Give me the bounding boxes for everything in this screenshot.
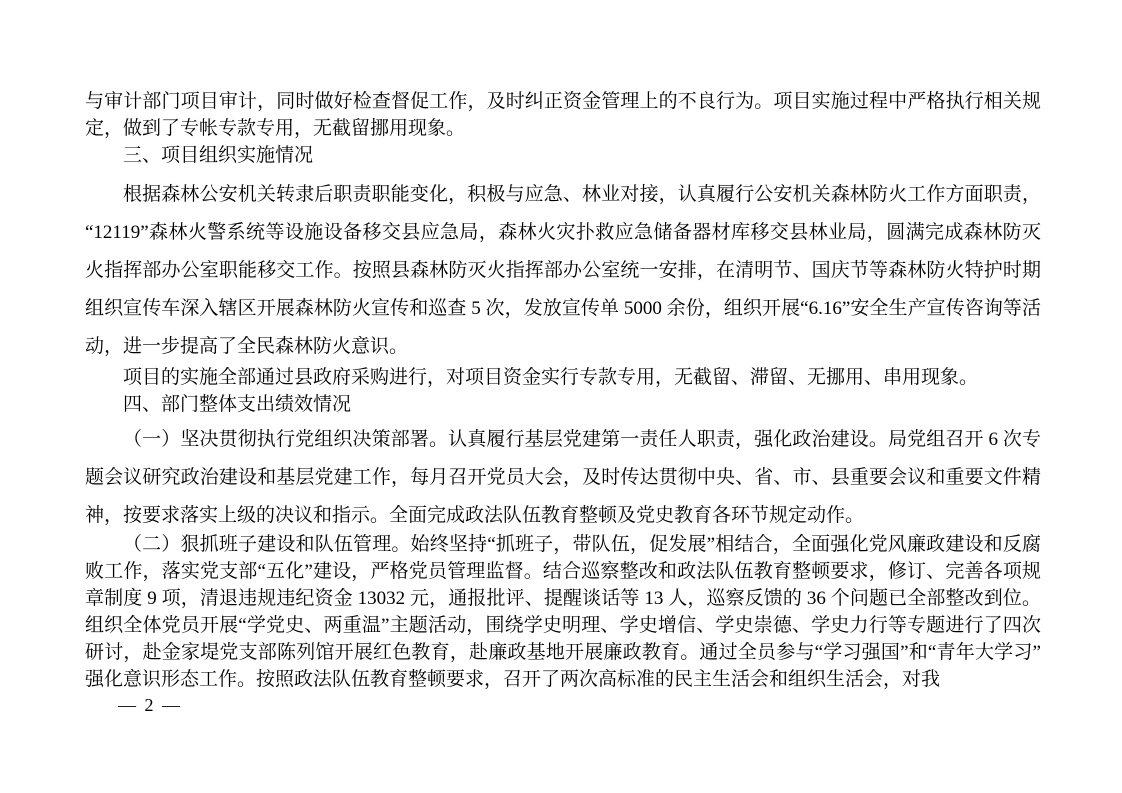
paragraph-item-2: （二）狠抓班子建设和队伍管理。始终坚持“抓班子，带队伍，促发展”相结合，全面强化… xyxy=(85,531,1041,693)
section-heading-dept-performance: 四、部门整体支出绩效情况 xyxy=(85,391,1041,418)
paragraph-continuation: 与审计部门项目审计，同时做好检查督促工作，及时纠正资金管理上的不良行为。项目实施… xyxy=(85,88,1041,142)
paragraph-item-1: （一）坚决贯彻执行党组织决策部署。认真履行基层党建第一责任人职责，强化政治建设。… xyxy=(85,421,1041,535)
section-heading-project-implementation: 三、项目组织实施情况 xyxy=(85,142,1041,169)
page-content: 与审计部门项目审计，同时做好检查督促工作，及时纠正资金管理上的不良行为。项目实施… xyxy=(85,88,1041,693)
paragraph-project-implementation: 根据森林公安机关转隶后职责职能变化，积极与应急、林业对接，认真履行公安机关森林防… xyxy=(85,176,1041,366)
document-page: 与审计部门项目审计，同时做好检查督促工作，及时纠正资金管理上的不良行为。项目实施… xyxy=(0,0,1122,793)
page-number: — 2 — xyxy=(118,694,182,716)
paragraph-procurement: 项目的实施全部通过县政府采购进行，对项目资金实行专款专用，无截留、滞留、无挪用、… xyxy=(85,363,1041,393)
